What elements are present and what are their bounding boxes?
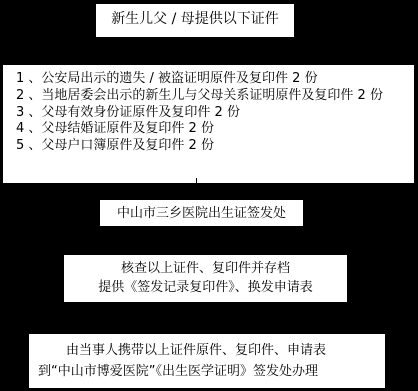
step-1-label: 新生儿父 / 母提供以下证件 — [96, 11, 294, 28]
step-3-label: 中山市三乡医院出生证签发处 — [100, 205, 303, 222]
step-5-line-1: 由当事人携带以上证件原件、复印件、申请表 — [66, 342, 326, 359]
document-item-5: 5 、父母户口簿原件及复印件 2 份 — [16, 138, 383, 155]
step-4-box: 核查以上证件、复印件并存档 提供《签发记录复印件》、换发申请表 — [64, 255, 347, 302]
document-item-3: 3 、父母有效身份证原件及复印件 2 份 — [16, 105, 383, 122]
step-3-box: 中山市三乡医院出生证签发处 — [100, 200, 303, 226]
step-4-line-1: 核查以上证件、复印件并存档 — [64, 260, 347, 277]
document-item-4: 4 、父母结婚证原件及复印件 2 份 — [16, 121, 383, 138]
step-5-line-2: 到“中山市博爱医院”《出生医学证明》签发处办理 — [38, 363, 318, 380]
document-item-2: 2 、当地居委会出示的新生儿与父母关系证明原件及复印件 2 份 — [16, 88, 383, 105]
step-2-box: 1 、公安局出示的遗失 / 被盗证明原件及复印件 2 份 2 、当地居委会出示的… — [3, 65, 414, 183]
step-5-box: 由当事人携带以上证件原件、复印件、申请表 到“中山市博爱医院”《出生医学证明》签… — [29, 334, 385, 388]
step-4-line-2: 提供《签发记录复印件》、换发申请表 — [64, 279, 347, 296]
connector-1 — [195, 33, 196, 37]
required-documents-list: 1 、公安局出示的遗失 / 被盗证明原件及复印件 2 份 2 、当地居委会出示的… — [16, 71, 383, 155]
document-item-1: 1 、公安局出示的遗失 / 被盗证明原件及复印件 2 份 — [16, 71, 383, 88]
connector-2 — [196, 178, 197, 183]
